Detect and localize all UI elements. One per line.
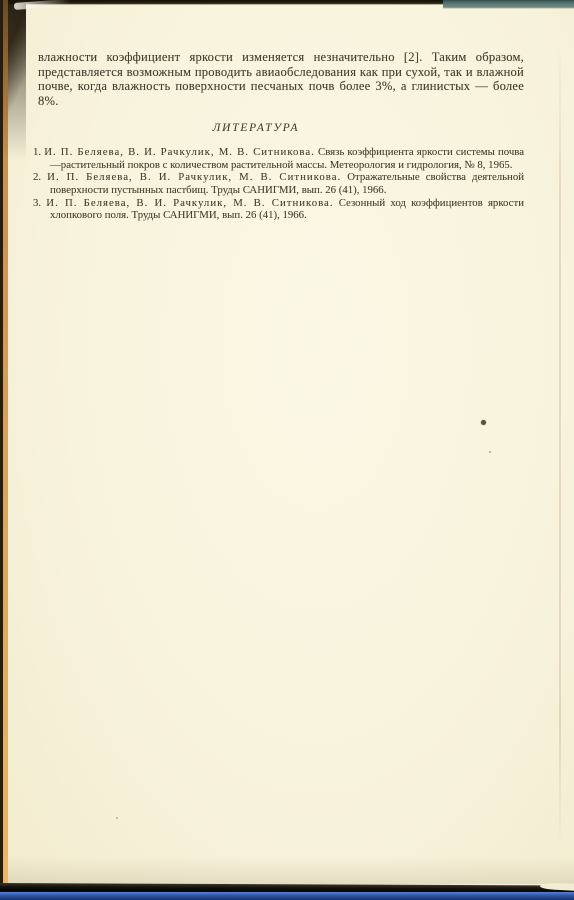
page-edge-left <box>3 0 8 890</box>
reference-authors: И. П. Беляева, В. И. Рачкулик, М. В. Сит… <box>44 146 315 158</box>
bottom-blue-strip <box>0 892 574 900</box>
reference-authors: И. П. Беляева, В. И. Рачкулик, М. В. Сит… <box>47 171 341 183</box>
reference-number: 2. <box>33 171 41 183</box>
top-right-background-band <box>443 0 574 9</box>
reference-item-1: 1. И. П. Беляева, В. И. Рачкулик, М. В. … <box>33 146 524 171</box>
page-bottom-shade <box>0 856 574 884</box>
reference-authors: И. П. Беляева, В. И. Рачкулик, М. В. Сит… <box>46 197 333 209</box>
reference-item-3: 3. И. П. Беляева, В. И. Рачкулик, М. В. … <box>33 197 524 222</box>
scanned-page: влажности коэффициент яркости изменяется… <box>0 0 574 900</box>
dust-speck <box>481 420 486 425</box>
page-crease-right <box>559 40 561 850</box>
reference-number: 3. <box>33 197 41 209</box>
reference-list: 1. И. П. Беляева, В. И. Рачкулик, М. В. … <box>33 146 524 222</box>
corner-light-streak <box>14 0 70 10</box>
top-edge-shadow <box>6 0 450 5</box>
page-text-block: влажности коэффициент яркости изменяется… <box>38 50 524 222</box>
body-paragraph: влажности коэффициент яркости изменяется… <box>38 50 524 109</box>
dust-speck <box>116 817 118 819</box>
literature-heading: ЛИТЕРАТУРА <box>38 122 524 134</box>
reference-number: 1. <box>33 146 41 158</box>
reference-item-2: 2. И. П. Беляева, В. И. Рачкулик, М. В. … <box>33 171 524 196</box>
dust-speck <box>489 451 491 453</box>
